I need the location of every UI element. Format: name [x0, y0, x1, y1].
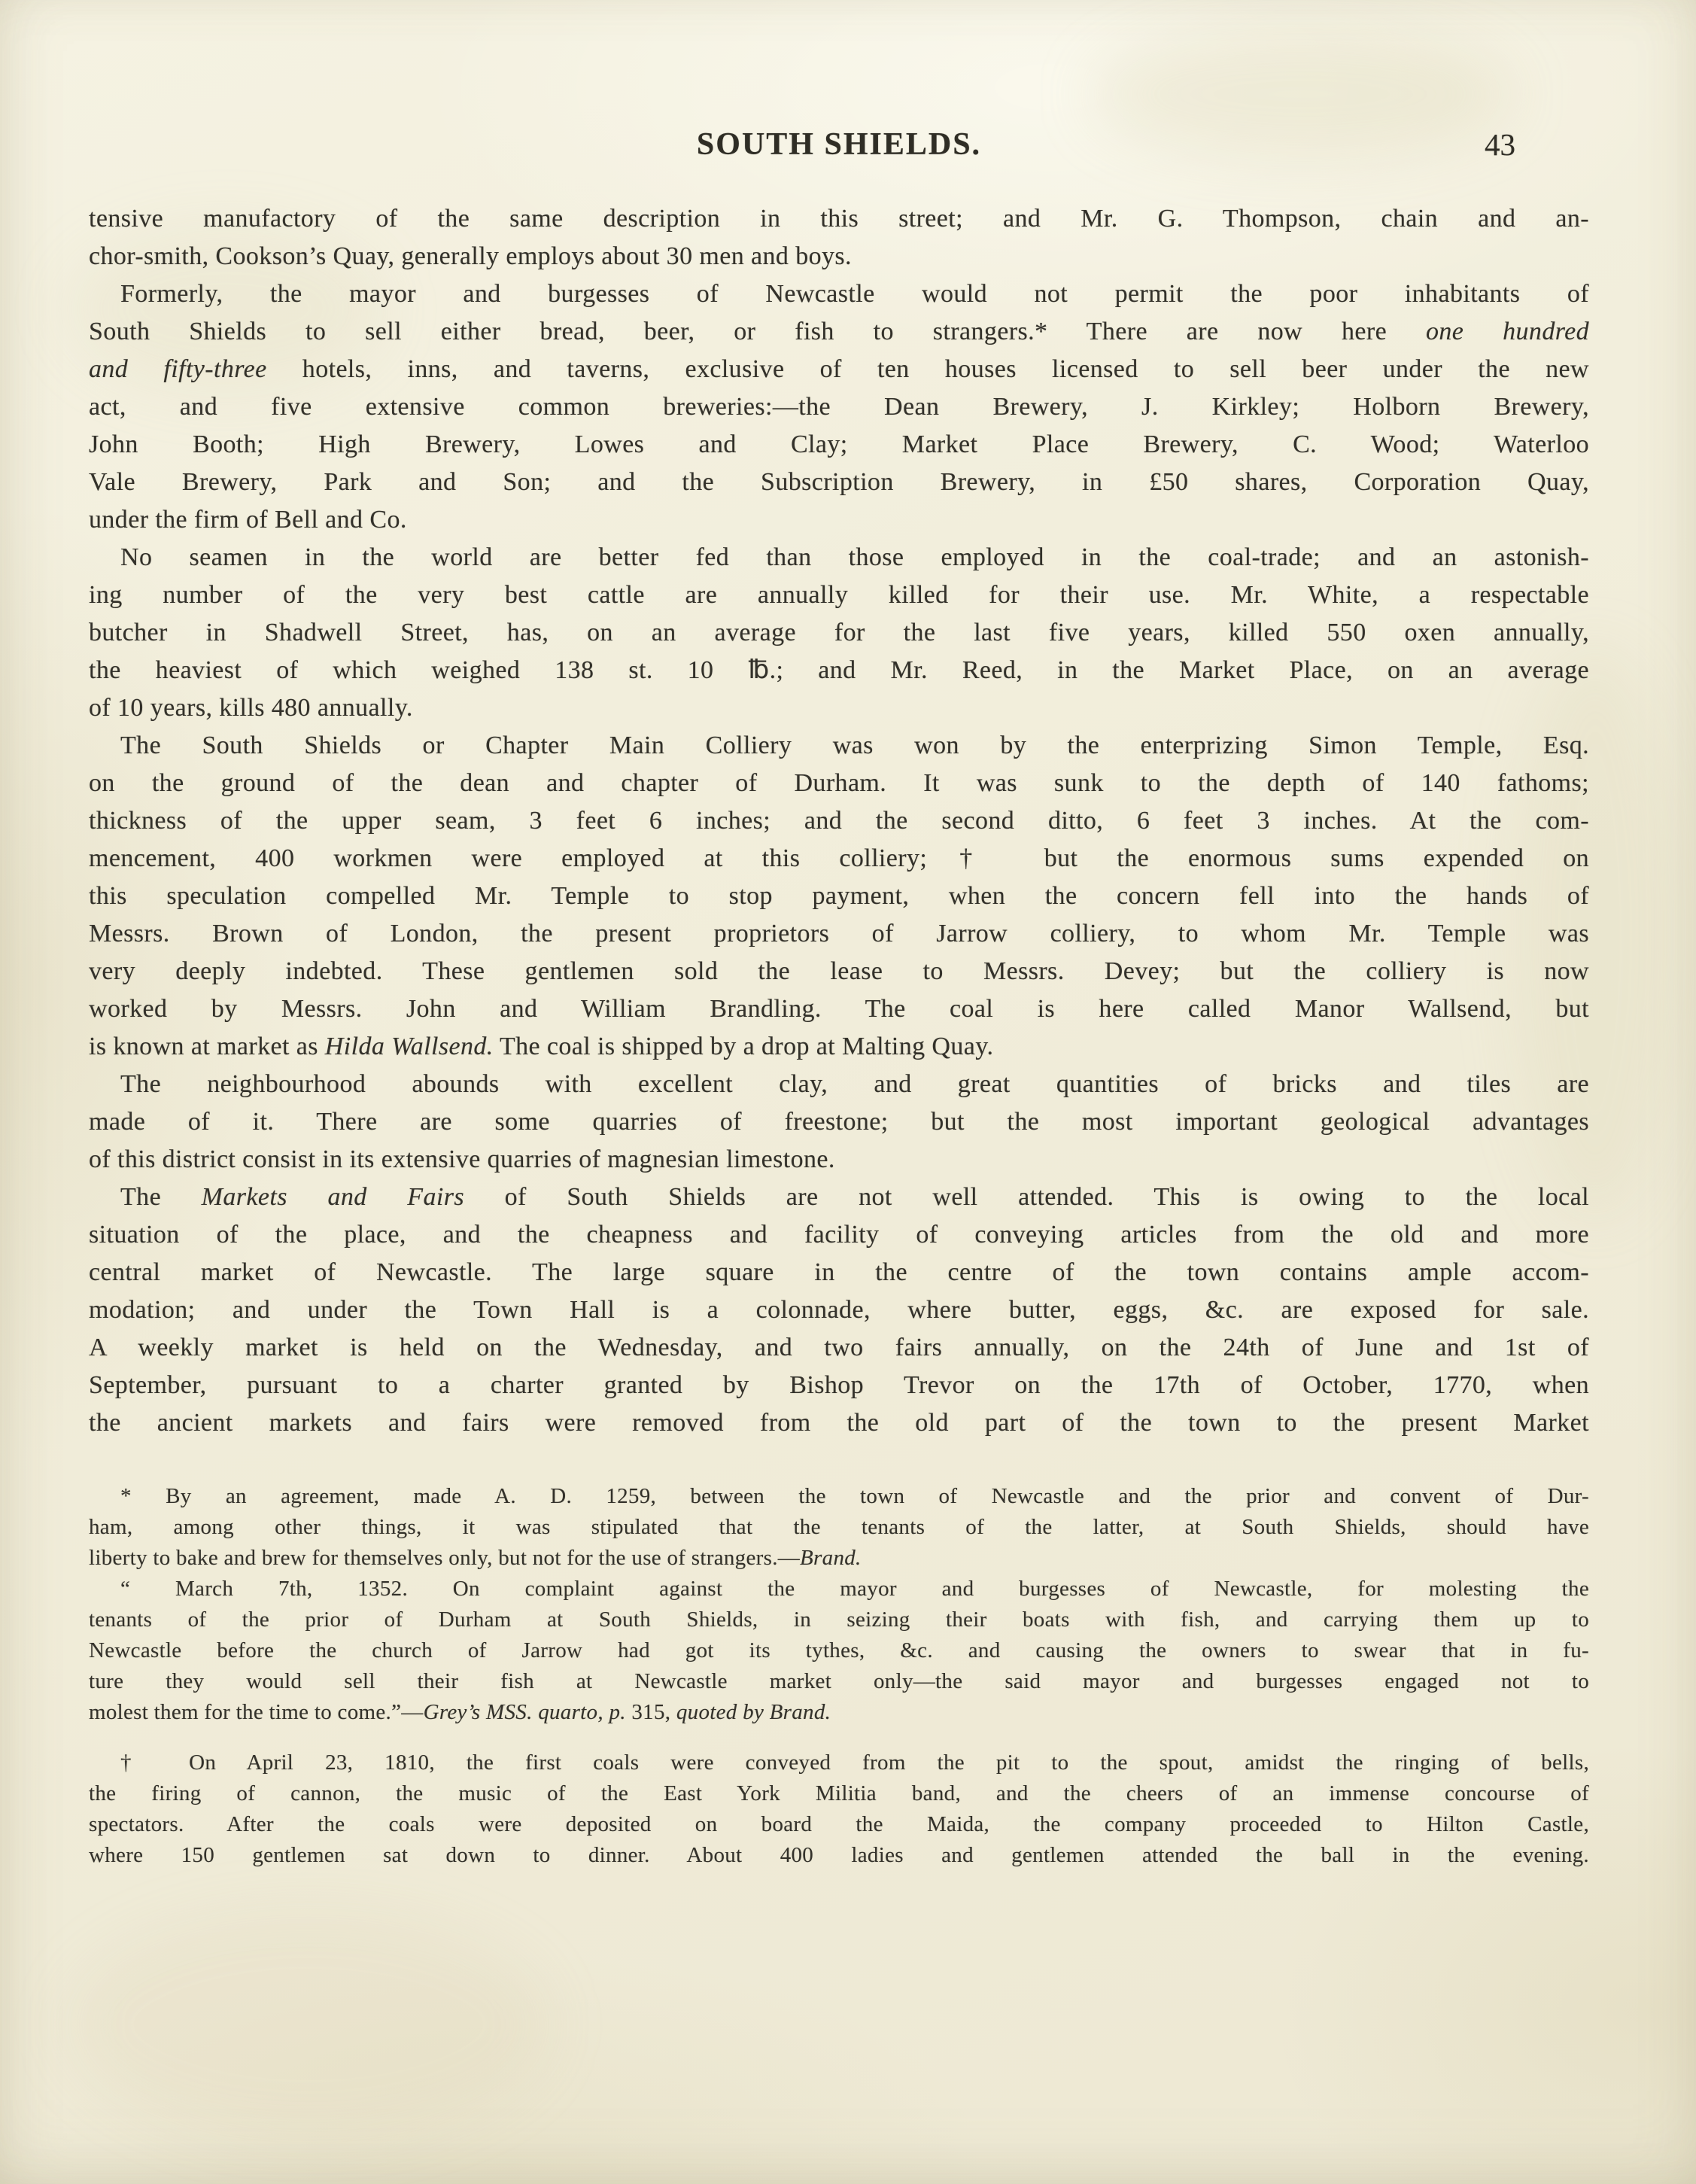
- text-line: Newcastle before the church of Jarrow ha…: [89, 1635, 1589, 1666]
- text-segment: of South Shields are not well attended. …: [464, 1183, 1589, 1211]
- text-line: the ancient markets and fairs were remov…: [89, 1404, 1589, 1442]
- text-segment: butcher in Shadwell Street, has, on an a…: [89, 619, 1589, 646]
- text-line: worked by Messrs. John and William Brand…: [89, 990, 1589, 1028]
- text-line: Messrs. Brown of London, the present pro…: [89, 915, 1589, 953]
- page-number: 43: [1485, 126, 1515, 163]
- text-segment: tensive manufactory of the same descript…: [89, 205, 1589, 233]
- text-segment: tenants of the prior of Durham at South …: [89, 1608, 1589, 1632]
- footnote-dagger: † On April 23, 1810, the first coals wer…: [89, 1748, 1589, 1871]
- text-line: The South Shields or Chapter Main Collie…: [89, 727, 1589, 765]
- text-segment: act, and five extensive common breweries…: [89, 393, 1589, 421]
- text-line: Vale Brewery, Park and Son; and the Subs…: [89, 464, 1589, 501]
- text-line: The Markets and Fairs of South Shields a…: [89, 1179, 1589, 1216]
- text-segment: situation of the place, and the cheapnes…: [89, 1221, 1589, 1249]
- italic-text: and fifty-three: [89, 355, 267, 383]
- text-line: “ March 7th, 1352. On complaint against …: [89, 1574, 1589, 1605]
- paper-stain: [68, 1912, 549, 2137]
- text-segment: The neighbourhood abounds with excellent…: [120, 1070, 1589, 1098]
- text-line: A weekly market is held on the Wednesday…: [89, 1329, 1589, 1367]
- text-segment: thickness of the upper seam, 3 feet 6 in…: [89, 807, 1589, 835]
- text-line: of this district consist in its extensiv…: [89, 1141, 1589, 1179]
- text-line: very deeply indebted. These gentlemen so…: [89, 953, 1589, 990]
- italic-text: Grey’s MSS. quarto, p.: [424, 1700, 626, 1724]
- text-line: the firing of cannon, the music of the E…: [89, 1778, 1589, 1809]
- text-line: * By an agreement, made A. D. 1259, betw…: [89, 1481, 1589, 1512]
- text-line: thickness of the upper seam, 3 feet 6 in…: [89, 802, 1589, 840]
- text-segment: 315,: [626, 1700, 676, 1724]
- text-line: liberty to bake and brew for themselves …: [89, 1543, 1589, 1574]
- italic-text: Brand.: [800, 1546, 862, 1570]
- running-title: SOUTH SHIELDS.: [89, 126, 1589, 163]
- text-segment: John Booth; High Brewery, Lowes and Clay…: [89, 430, 1589, 458]
- text-line: on the ground of the dean and chapter of…: [89, 765, 1589, 802]
- text-segment: spectators. After the coals were deposit…: [89, 1812, 1589, 1836]
- text-line: and fifty-three hotels, inns, and tavern…: [89, 351, 1589, 388]
- text-segment: central market of Newcastle. The large s…: [89, 1258, 1589, 1286]
- text-segment: mencement, 400 workmen were employed at …: [89, 844, 1589, 872]
- text-line: modation; and under the Town Hall is a c…: [89, 1291, 1589, 1329]
- text-line: of 10 years, kills 480 annually.: [89, 689, 1589, 727]
- text-segment: of this district consist in its extensiv…: [89, 1145, 835, 1173]
- text-segment: molest them for the time to come.”—: [89, 1700, 424, 1724]
- text-segment: ham, among other things, it was stipulat…: [89, 1515, 1589, 1539]
- text-segment: September, pursuant to a charter granted…: [89, 1371, 1589, 1399]
- italic-text: Markets and Fairs: [202, 1183, 464, 1211]
- text-segment: Messrs. Brown of London, the present pro…: [89, 920, 1589, 948]
- text-line: is known at market as Hilda Wallsend. Th…: [89, 1028, 1589, 1066]
- text-segment: under the firm of Bell and Co.: [89, 506, 407, 534]
- text-line: situation of the place, and the cheapnes…: [89, 1216, 1589, 1254]
- text-segment: ing number of the very best cattle are a…: [89, 581, 1589, 609]
- text-segment: the firing of cannon, the music of the E…: [89, 1781, 1589, 1805]
- page-header: SOUTH SHIELDS. 43: [89, 126, 1589, 169]
- book-page: SOUTH SHIELDS. 43 tensive manufactory of…: [0, 0, 1696, 2184]
- text-line: John Booth; High Brewery, Lowes and Clay…: [89, 426, 1589, 464]
- text-line: † On April 23, 1810, the first coals wer…: [89, 1748, 1589, 1778]
- text-segment: the ancient markets and fairs were remov…: [89, 1409, 1589, 1437]
- text-segment: liberty to bake and brew for themselves …: [89, 1546, 800, 1570]
- text-line: ing number of the very best cattle are a…: [89, 576, 1589, 614]
- text-segment: is known at market as: [89, 1033, 325, 1060]
- text-segment: modation; and under the Town Hall is a c…: [89, 1296, 1589, 1324]
- text-segment: worked by Messrs. John and William Brand…: [89, 995, 1589, 1023]
- text-segment: chor-smith, Cookson’s Quay, generally em…: [89, 242, 852, 270]
- text-segment: “ March 7th, 1352. On complaint against …: [120, 1577, 1589, 1601]
- text-line: act, and five extensive common breweries…: [89, 388, 1589, 426]
- text-line: central market of Newcastle. The large s…: [89, 1254, 1589, 1291]
- text-segment: * By an agreement, made A. D. 1259, betw…: [120, 1484, 1589, 1508]
- text-segment: on the ground of the dean and chapter of…: [89, 769, 1589, 797]
- text-line: tenants of the prior of Durham at South …: [89, 1605, 1589, 1635]
- text-line: butcher in Shadwell Street, has, on an a…: [89, 614, 1589, 652]
- text-line: ham, among other things, it was stipulat…: [89, 1512, 1589, 1543]
- text-segment: No seamen in the world are better fed th…: [120, 543, 1589, 571]
- text-segment: Formerly, the mayor and burgesses of New…: [120, 280, 1589, 308]
- text-segment: Newcastle before the church of Jarrow ha…: [89, 1638, 1589, 1662]
- text-segment: of 10 years, kills 480 annually.: [89, 694, 413, 722]
- text-line: mencement, 400 workmen were employed at …: [89, 840, 1589, 878]
- text-segment: South Shields to sell either bread, beer…: [89, 318, 1426, 345]
- text-segment: made of it. There are some quarries of f…: [89, 1108, 1589, 1136]
- footnote-asterisk: * By an agreement, made A. D. 1259, betw…: [89, 1481, 1589, 1728]
- text-segment: † On April 23, 1810, the first coals wer…: [120, 1751, 1589, 1775]
- text-line: molest them for the time to come.”—Grey’…: [89, 1697, 1589, 1728]
- italic-text: Hilda Wallsend.: [325, 1033, 494, 1060]
- text-line: where 150 gentlemen sat down to dinner. …: [89, 1840, 1589, 1871]
- body-text: tensive manufactory of the same descript…: [89, 200, 1589, 1442]
- text-line: this speculation compelled Mr. Temple to…: [89, 878, 1589, 915]
- text-line: under the firm of Bell and Co.: [89, 501, 1589, 539]
- italic-text: quoted by Brand.: [676, 1700, 831, 1724]
- text-line: No seamen in the world are better fed th…: [89, 539, 1589, 576]
- text-segment: very deeply indebted. These gentlemen so…: [89, 957, 1589, 985]
- text-segment: The coal is shipped by a drop at Malting…: [494, 1033, 994, 1060]
- text-line: Formerly, the mayor and burgesses of New…: [89, 275, 1589, 313]
- text-line: South Shields to sell either bread, beer…: [89, 313, 1589, 351]
- text-line: tensive manufactory of the same descript…: [89, 200, 1589, 238]
- text-segment: where 150 gentlemen sat down to dinner. …: [89, 1843, 1589, 1867]
- text-segment: The South Shields or Chapter Main Collie…: [120, 732, 1589, 759]
- text-segment: hotels, inns, and taverns, exclusive of …: [267, 355, 1589, 383]
- text-line: chor-smith, Cookson’s Quay, generally em…: [89, 238, 1589, 275]
- text-segment: Vale Brewery, Park and Son; and the Subs…: [89, 468, 1589, 496]
- text-line: made of it. There are some quarries of f…: [89, 1103, 1589, 1141]
- text-segment: ture they would sell their fish at Newca…: [89, 1669, 1589, 1693]
- italic-text: one hundred: [1426, 318, 1589, 345]
- text-segment: The: [120, 1183, 202, 1211]
- footnotes: * By an agreement, made A. D. 1259, betw…: [89, 1481, 1589, 1871]
- text-line: September, pursuant to a charter granted…: [89, 1367, 1589, 1404]
- text-line: spectators. After the coals were deposit…: [89, 1809, 1589, 1840]
- text-segment: this speculation compelled Mr. Temple to…: [89, 882, 1589, 910]
- text-line: the heaviest of which weighed 138 st. 10…: [89, 652, 1589, 689]
- text-segment: the heaviest of which weighed 138 st. 10…: [89, 656, 1589, 684]
- text-segment: A weekly market is held on the Wednesday…: [89, 1334, 1589, 1361]
- text-line: ture they would sell their fish at Newca…: [89, 1666, 1589, 1697]
- text-line: The neighbourhood abounds with excellent…: [89, 1066, 1589, 1103]
